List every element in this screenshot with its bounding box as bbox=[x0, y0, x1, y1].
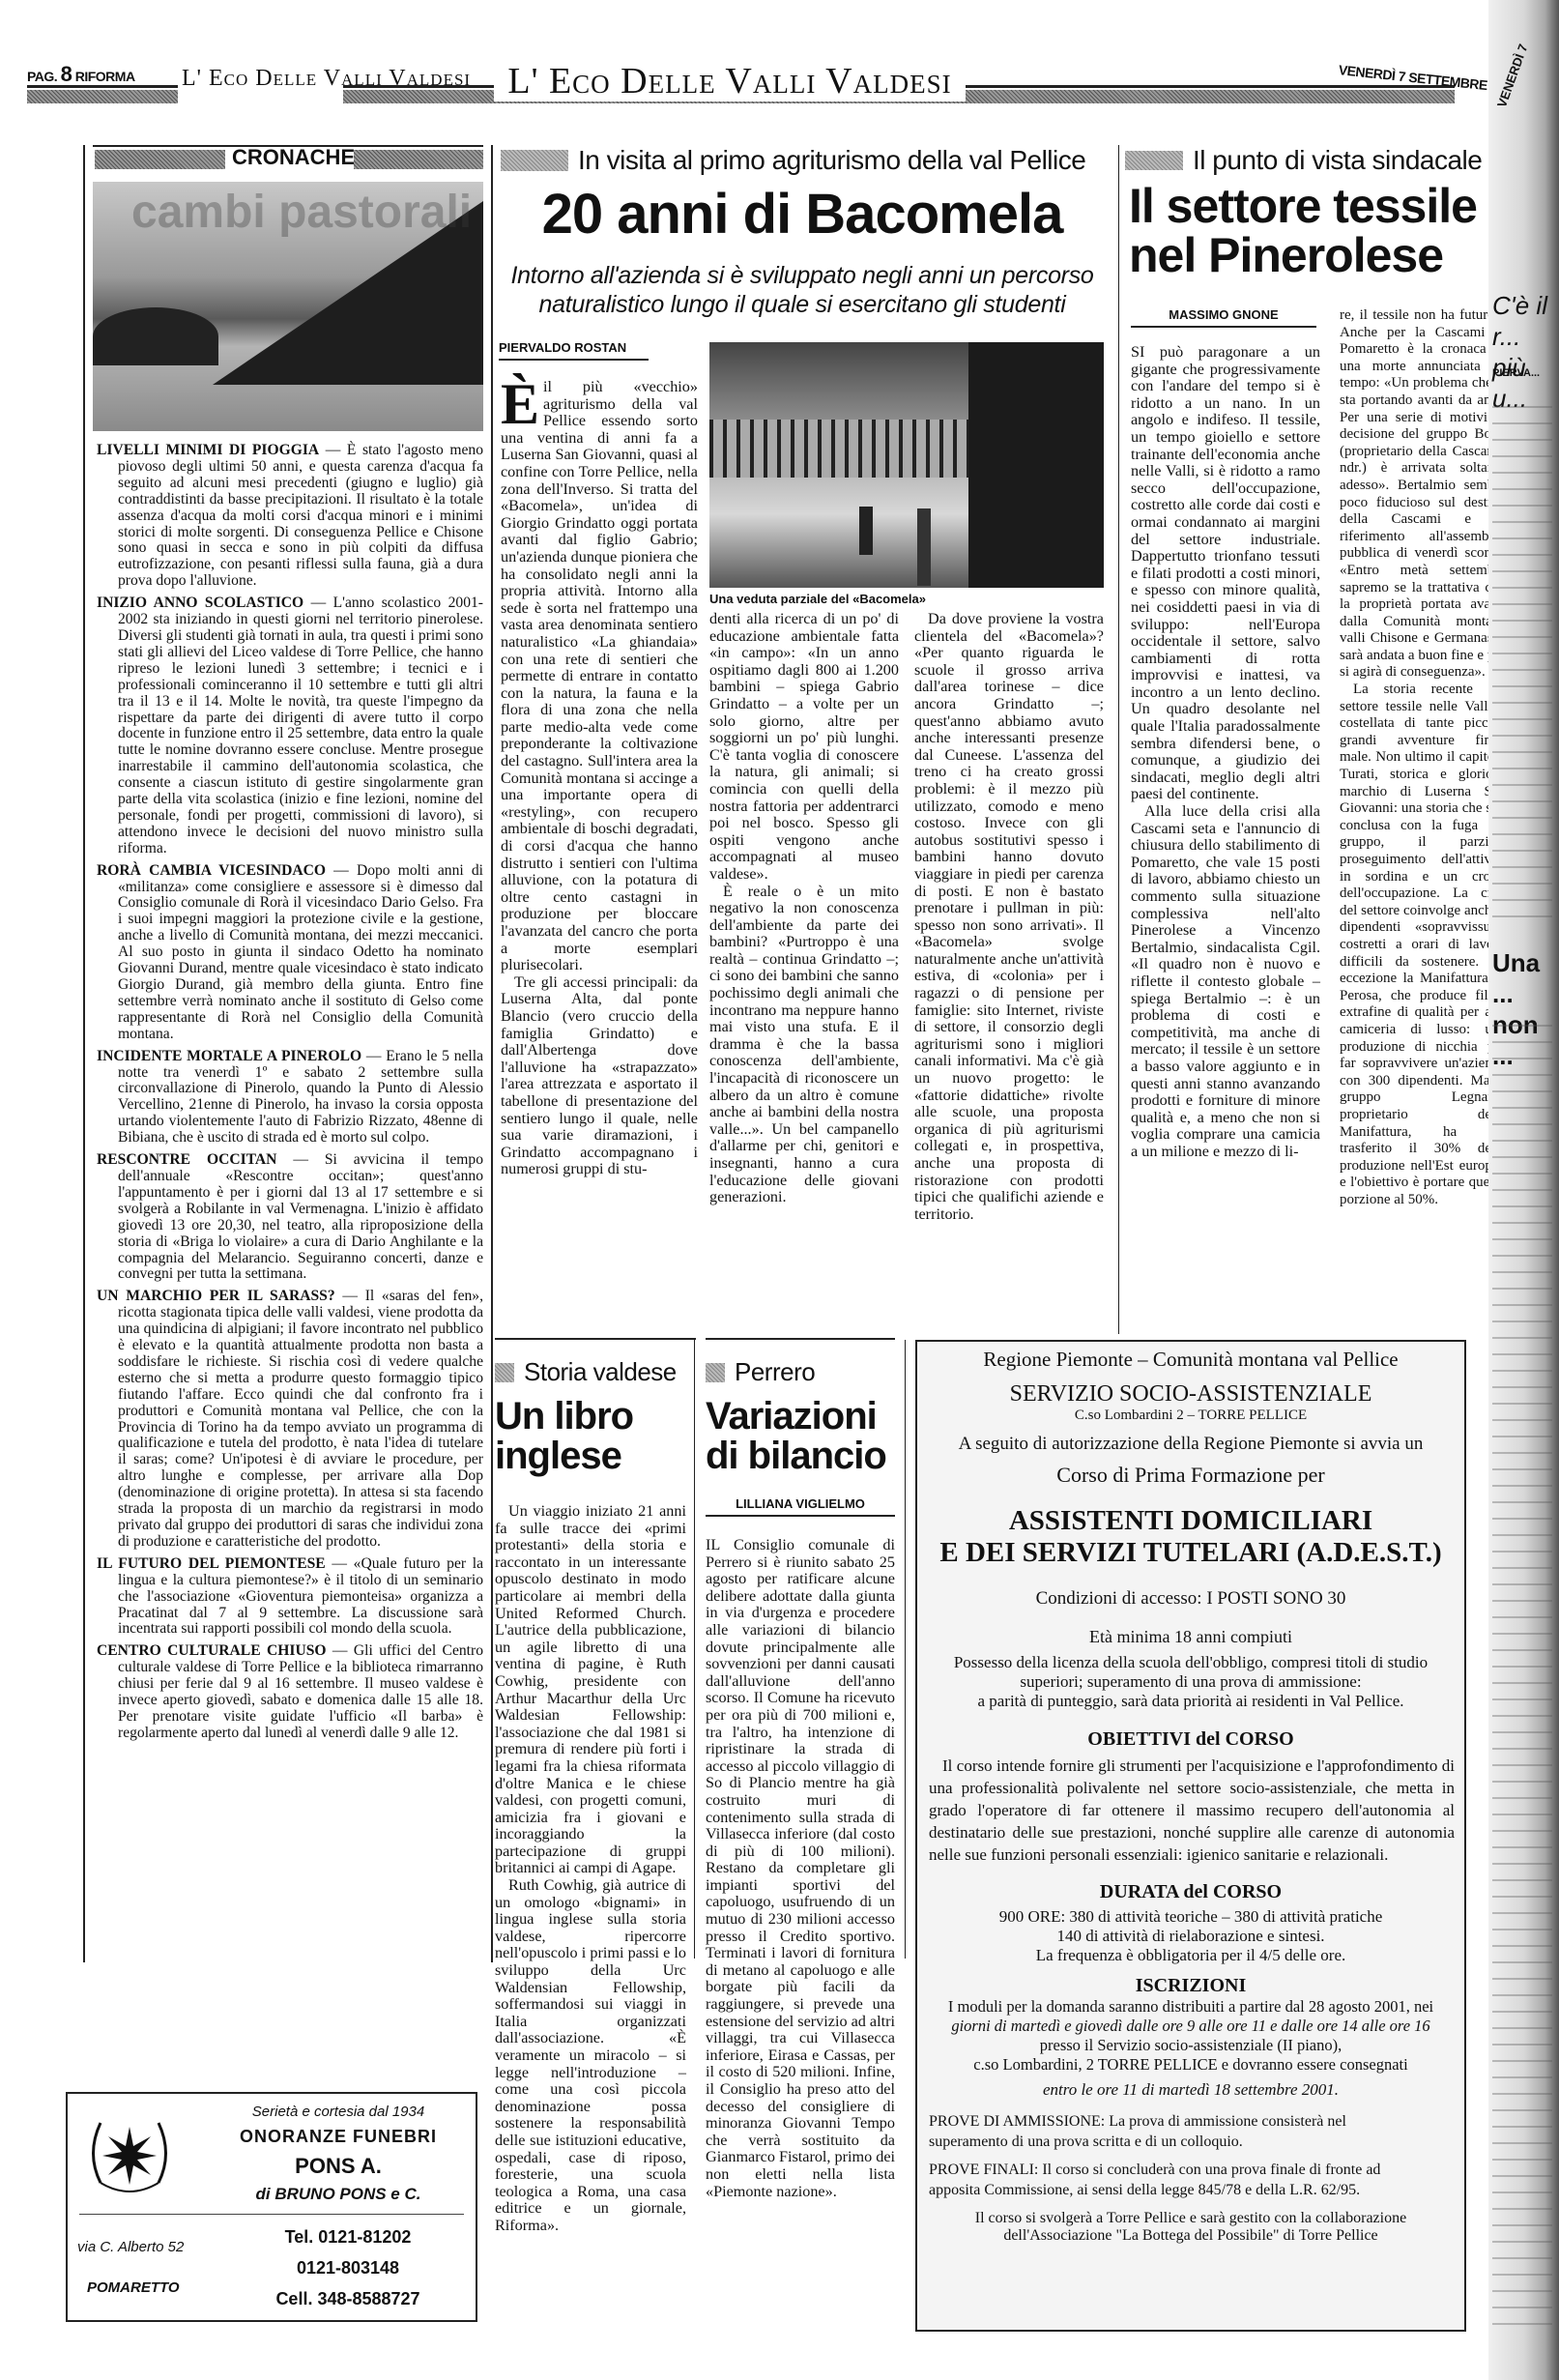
funeral-divider bbox=[79, 2214, 464, 2215]
bacomela-kicker-text: In visita al primo agriturismo della val… bbox=[578, 145, 1085, 176]
next-page-byline: PIERVA... bbox=[1492, 367, 1540, 379]
masthead-hatch-left bbox=[27, 90, 178, 103]
cronache-item-head: RESCONTRE OCCITAN bbox=[97, 1151, 276, 1168]
perrero-kicker: Perrero bbox=[706, 1357, 899, 1387]
cronache-item-head: INIZIO ANNO SCOLASTICO bbox=[97, 595, 303, 611]
tessile-kicker: Il punto di vista sindacale bbox=[1125, 145, 1512, 176]
masthead-title-overlay: L' Eco Delle Valli Valdesi bbox=[343, 60, 1116, 102]
cronache-item-head: RORÀ CAMBIA VICESINDACO bbox=[97, 862, 326, 879]
ad-enrolment-deadline: entro le ore 11 di martedì 18 settembre … bbox=[917, 2080, 1464, 2100]
bacomela-col1: È il più «vecchio» agriturismo della val… bbox=[501, 379, 698, 1178]
storia-kicker: Storia valdese bbox=[495, 1357, 688, 1387]
storia-paragraph: Un viaggio iniziato 21 anni fa sulle tra… bbox=[495, 1503, 686, 1877]
roof-shape bbox=[968, 342, 1104, 588]
perrero-top-rule bbox=[706, 1338, 895, 1340]
cronache-item: IL FUTURO DEL PIEMONTESE — «Quale futuro… bbox=[97, 1556, 483, 1639]
tessile-paragraph: SI può paragonare a un gigante che progr… bbox=[1131, 344, 1320, 803]
cronache-band-left bbox=[95, 150, 225, 169]
bacomela-col3: Da dove proviene la vostra clientela del… bbox=[914, 611, 1104, 1223]
cronache-band-right bbox=[354, 150, 483, 169]
perrero-body: IL Consiglio comunale di Perrero si è ri… bbox=[706, 1537, 895, 2200]
funeral-phone2[interactable]: 0121-803148 bbox=[242, 2258, 454, 2278]
masthead-title-text: L' Eco Delle Valli Valdesi bbox=[494, 61, 965, 102]
cronache-item-head: CENTRO CULTURALE CHIUSO bbox=[97, 1642, 327, 1659]
trees-shape bbox=[93, 307, 218, 365]
cronache-item-text: È stato l'agosto meno piovoso degli ulti… bbox=[118, 442, 483, 589]
dropcap: È bbox=[501, 381, 539, 427]
ad-req3: a parità di punteggio, sarà data priorit… bbox=[917, 1692, 1464, 1711]
bacomela-photo-caption: Una veduta parziale del «Bacomela» bbox=[709, 592, 1104, 606]
bacomela-paragraph: È il più «vecchio» agriturismo della val… bbox=[501, 379, 698, 974]
bacomela-paragraph: denti alla ricerca di un po' di educazio… bbox=[709, 611, 899, 884]
cronache-item: INCIDENTE MORTALE A PINEROLO — Erano le … bbox=[97, 1049, 483, 1146]
perrero-byline: LILLIANA VIGLIELMO bbox=[706, 1496, 895, 1517]
ad-age: Età minima 18 anni compiuti bbox=[917, 1627, 1464, 1647]
cronache-item: RORÀ CAMBIA VICESINDACO — Dopo molti ann… bbox=[97, 863, 483, 1043]
funeral-town: POMARETTO bbox=[87, 2279, 222, 2296]
kicker-block-icon bbox=[706, 1363, 725, 1382]
ad-duration-title: DURATA del CORSO bbox=[917, 1881, 1464, 1903]
masthead-rule-left bbox=[27, 85, 178, 88]
ad-intro: A seguito di autorizzazione della Region… bbox=[917, 1434, 1464, 1455]
bacomela-kicker: In visita al primo agriturismo della val… bbox=[501, 145, 1110, 176]
cronache-item-head: INCIDENTE MORTALE A PINEROLO bbox=[97, 1048, 361, 1064]
bacomela-paragraph: È reale o è un mito negativo la non cono… bbox=[709, 884, 899, 1206]
funeral-name: PONS A. bbox=[203, 2154, 474, 2179]
ad-enrolment-3: presso il Servizio socio-assistenziale (… bbox=[917, 2036, 1464, 2055]
bacomela-subhead: Intorno all'azienda si è sviluppato negl… bbox=[503, 261, 1102, 319]
funeral-address: via C. Alberto 52 bbox=[77, 2239, 222, 2255]
storia-paragraph: Ruth Cowhig, già autrice di un omologo «… bbox=[495, 1877, 686, 2234]
bacomela-headline: 20 anni di Bacomela bbox=[493, 186, 1112, 243]
ad-req2: superiori; superamento di una prova di a… bbox=[917, 1672, 1464, 1692]
bacomela-paragraph: Da dove proviene la vostra clientela del… bbox=[914, 611, 1104, 1223]
ad-closing-1: Il corso si svolgerà a Torre Pellice e s… bbox=[917, 2210, 1464, 2227]
next-page-date: VENERDÌ 7 bbox=[1494, 42, 1531, 109]
funeral-phone1[interactable]: Tel. 0121-81202 bbox=[242, 2227, 454, 2248]
funeral-mobile[interactable]: Cell. 348-8588727 bbox=[242, 2289, 454, 2309]
cronache-item-text: Dopo molti anni di «militanza» come cons… bbox=[118, 862, 483, 1042]
cronache-section-title: CRONACHE bbox=[232, 145, 348, 170]
bacomela-col1-p1: il più «vecchio» agriturismo della val P… bbox=[501, 378, 698, 973]
paper-name: RIFORMA bbox=[75, 69, 135, 84]
storia-kicker-text: Storia valdese bbox=[524, 1357, 677, 1387]
cronache-item-head: IL FUTURO DEL PIEMONTESE bbox=[97, 1555, 326, 1572]
cronache-item-text: L'anno scolastico 2001-2002 sta iniziand… bbox=[118, 595, 483, 856]
cronache-item: CENTRO CULTURALE CHIUSO — Gli uffici del… bbox=[97, 1643, 483, 1741]
ad-enrolment-4: c.so Lombardini, 2 TORRE PELLICE e dovra… bbox=[917, 2055, 1464, 2075]
ad-objectives-text: Il corso intende fornire gli strumenti p… bbox=[929, 1755, 1455, 1866]
cronache-item-text: Si avvicina il tempo dell'annuale «Resco… bbox=[118, 1151, 483, 1282]
funeral-title: ONORANZE FUNEBRI bbox=[203, 2127, 474, 2147]
page-label: PAG. bbox=[27, 69, 57, 84]
masthead-title: L' Eco Delle Valli Valdesi bbox=[182, 66, 336, 92]
bacomela-byline: PIERVALDO ROSTAN bbox=[499, 340, 649, 361]
cronache-item: INIZIO ANNO SCOLASTICO — L'anno scolasti… bbox=[97, 595, 483, 857]
next-page-italic-head: C'è il r... più u... bbox=[1492, 290, 1550, 414]
ad-duration-3: La frequenza è obbligatoria per il 4/5 d… bbox=[917, 1946, 1464, 1965]
tessile-headline: Il settore tessile nel Pinerolese bbox=[1129, 182, 1477, 280]
cronache-photo-river: cambi pastorali bbox=[93, 182, 483, 431]
ad-duration-2: 140 di attività di rielaborazione e sint… bbox=[917, 1927, 1464, 1946]
page-number-label: PAG. 8 RIFORMA bbox=[27, 62, 135, 87]
ad-closing-2: dell'Associazione "La Bottega del Possib… bbox=[917, 2227, 1464, 2245]
cronache-item: LIVELLI MINIMI DI PIOGGIA — È stato l'ag… bbox=[97, 443, 483, 590]
storia-headline: Un libro inglese bbox=[495, 1397, 688, 1476]
cronache-left-rule bbox=[83, 145, 85, 1962]
ad-req1: Possesso della licenza della scuola dell… bbox=[917, 1653, 1464, 1672]
laurel-star-icon bbox=[81, 2105, 178, 2202]
bacomela-paragraph: Tre gli accessi principali: da Luserna A… bbox=[501, 974, 698, 1178]
next-page-body-fragment-2 bbox=[1492, 1025, 1552, 2339]
bacomela-col2: denti alla ricerca di un po' di educazio… bbox=[709, 611, 899, 1206]
bacomela-photo-farmhouse bbox=[709, 342, 1104, 588]
ad-final-tests: PROVE FINALI: Il corso si concluderà con… bbox=[929, 2160, 1397, 2200]
ad-service: SERVIZIO SOCIO-ASSISTENZIALE bbox=[917, 1381, 1464, 1408]
cronache-right-rule bbox=[491, 145, 493, 1962]
kicker-block-icon bbox=[1125, 151, 1183, 170]
tessile-kicker-text: Il punto di vista sindacale bbox=[1193, 145, 1482, 176]
ad-enrolment-title: ISCRIZIONI bbox=[917, 1975, 1464, 1997]
cronache-item: RESCONTRE OCCITAN — Si avvicina il tempo… bbox=[97, 1152, 483, 1283]
perrero-kicker-text: Perrero bbox=[735, 1357, 815, 1387]
cronache-item-text: Il «saras del fen», ricotta stagionata t… bbox=[118, 1288, 483, 1550]
ad-title1: ASSISTENTI DOMICILIARI bbox=[917, 1505, 1464, 1537]
photo-watermark: cambi pastorali bbox=[131, 186, 472, 239]
storia-perrero-divider bbox=[694, 1340, 695, 1959]
ad-admission-tests: PROVE DI AMMISSIONE: La prova di ammissi… bbox=[929, 2111, 1377, 2152]
window-shape bbox=[859, 507, 873, 555]
adest-course-ad: Regione Piemonte – Comunità montana val … bbox=[915, 1340, 1466, 2332]
tessile-col1: SI può paragonare a un gigante che progr… bbox=[1131, 344, 1320, 1161]
funeral-owner: di BRUNO PONS e C. bbox=[203, 2185, 474, 2204]
ad-duration-1: 900 ORE: 380 di attività teoriche – 380 … bbox=[917, 1907, 1464, 1927]
storia-body: Un viaggio iniziato 21 anni fa sulle tra… bbox=[495, 1503, 686, 2235]
door-shape bbox=[917, 508, 931, 586]
perrero-headline: Variazioni di bilancio bbox=[706, 1397, 899, 1476]
bacomela-bottom-rule bbox=[495, 1338, 696, 1340]
perrero-right-rule bbox=[905, 1340, 906, 1959]
tessile-byline: MASSIMO GNONE bbox=[1131, 307, 1316, 328]
ad-conditions: Condizioni di accesso: I POSTI SONO 30 bbox=[917, 1588, 1464, 1610]
kicker-block-icon bbox=[495, 1363, 514, 1382]
ad-title2: E DEI SERVIZI TUTELARI (A.D.E.S.T.) bbox=[917, 1537, 1464, 1569]
next-page-body-fragment bbox=[1492, 406, 1552, 928]
kicker-block-icon bbox=[501, 150, 568, 171]
ad-org: Regione Piemonte – Comunità montana val … bbox=[917, 1348, 1464, 1372]
tessile-paragraph: Alla luce della crisi alla Cascami seta … bbox=[1131, 803, 1320, 1160]
cronache-item-head: LIVELLI MINIMI DI PIOGGIA bbox=[97, 442, 319, 458]
perrero-paragraph: IL Consiglio comunale di Perrero si è ri… bbox=[706, 1537, 895, 2200]
tessile-paragraph: re, il tessile non ha futuro». Anche per… bbox=[1340, 307, 1506, 682]
page-number: 8 bbox=[61, 62, 72, 86]
ad-enrolment-2: giorni di martedì e giovedì dalle ore 9 … bbox=[917, 2017, 1464, 2036]
next-page-edge: VENERDÌ 7 C'è il r... più u... PIERVA...… bbox=[1488, 0, 1559, 2380]
funeral-tagline: Serietà e cortesia dal 1934 bbox=[203, 2104, 474, 2120]
cronache-item-head: UN MARCHIO PER IL SARASS? bbox=[97, 1288, 335, 1304]
cronache-item: UN MARCHIO PER IL SARASS? — Il «saras de… bbox=[97, 1289, 483, 1551]
cronache-items: LIVELLI MINIMI DI PIOGGIA — È stato l'ag… bbox=[97, 443, 483, 1748]
tessile-left-rule bbox=[1118, 145, 1119, 1334]
ad-enrolment-1: I moduli per la domanda saranno distribu… bbox=[917, 1997, 1464, 2017]
ad-address: C.so Lombardini 2 – TORRE PELLICE bbox=[917, 1408, 1464, 1424]
ad-objectives-title: OBIETTIVI del CORSO bbox=[917, 1728, 1464, 1751]
funeral-home-ad: Serietà e cortesia dal 1934 ONORANZE FUN… bbox=[66, 2092, 477, 2322]
tessile-paragraph: La storia recente del settore tessile ne… bbox=[1340, 682, 1506, 1208]
ad-course: Corso di Prima Formazione per bbox=[917, 1463, 1464, 1488]
tessile-col2: re, il tessile non ha futuro». Anche per… bbox=[1340, 307, 1506, 1208]
